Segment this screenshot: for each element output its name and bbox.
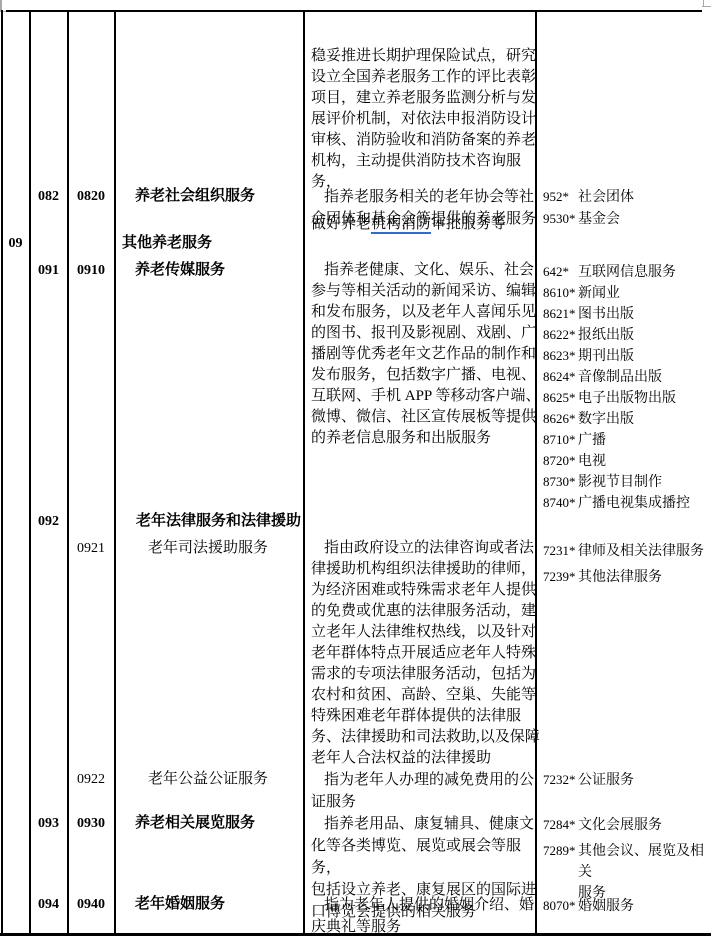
- small-class-code-0922: 0922: [68, 769, 114, 790]
- table-top-border: [6, 10, 702, 12]
- industry-ref: 952*社会团体: [543, 186, 711, 208]
- industry-ref-code: 7284*: [543, 814, 578, 835]
- industry-ref-code: 8730*: [543, 471, 578, 492]
- industry-ref: 8720*电视: [543, 450, 711, 472]
- category-name-0820: 养老社会组织服务: [135, 186, 255, 207]
- small-class-code-0930: 0930: [68, 813, 114, 834]
- industry-ref-label: 期刊出版: [578, 346, 634, 367]
- small-class-code-0910: 0910: [68, 260, 114, 281]
- column-divider-group: [29, 10, 31, 933]
- industry-ref-label: 新闻业: [578, 283, 620, 304]
- group-code: 09: [2, 233, 29, 254]
- document-page: 稳妥推进长期护理保险试点，研究 设立全国养老服务工作的评比表彰 项目，建立养老服…: [0, 0, 711, 940]
- industry-ref-label: 律师及相关法律服务: [578, 541, 704, 562]
- industry-ref: 8730*影视节目制作: [543, 471, 711, 493]
- small-class-code-0820: 0820: [68, 186, 114, 207]
- industry-ref-label: 婚姻服务: [578, 896, 634, 917]
- industry-ref: 8621*图书出版: [543, 303, 711, 325]
- industry-ref-label: 广播: [578, 430, 606, 451]
- middle-class-code-094: 094: [30, 894, 67, 915]
- continuation-paragraph: 稳妥推进长期护理保险试点，研究 设立全国养老服务工作的评比表彰 项目，建立养老服…: [311, 46, 541, 193]
- industry-ref-code: 8623*: [543, 345, 578, 366]
- industry-ref-label: 电子出版物出版: [578, 388, 676, 409]
- category-name-0940: 老年婚姻服务: [135, 894, 225, 915]
- category-name-0930: 养老相关展览服务: [135, 813, 255, 834]
- column-divider-middle-code: [67, 10, 69, 933]
- industry-ref-code: 8621*: [543, 303, 578, 324]
- industry-ref: 7232*公证服务: [543, 769, 711, 791]
- middle-class-code-082: 082: [30, 186, 67, 207]
- industry-ref-label: 报纸出版: [578, 325, 634, 346]
- industry-ref-code: 8740*: [543, 492, 578, 513]
- industry-ref-code: 7289*: [543, 840, 578, 861]
- industry-ref-code: 7231*: [543, 540, 578, 561]
- column-divider-name: [303, 10, 305, 933]
- industry-ref: 8626*数字出版: [543, 408, 711, 430]
- industry-ref: 8623*期刊出版: [543, 345, 711, 367]
- margin-corner-mark-topright-horizontal: [702, 6, 711, 8]
- industry-ref: 8625*电子出版物出版: [543, 387, 711, 409]
- group-name: 其他养老服务: [122, 233, 212, 254]
- industry-ref-label: 影视节目制作: [578, 472, 662, 493]
- industry-ref-label: 数字出版: [578, 409, 634, 430]
- middle-class-code-092: 092: [30, 511, 67, 532]
- industry-ref-code: 642*: [543, 261, 578, 282]
- industry-ref-code: 7239*: [543, 566, 578, 587]
- industry-ref-code: 8624*: [543, 366, 578, 387]
- industry-ref-code: 8720*: [543, 450, 578, 471]
- industry-ref-code: 8625*: [543, 387, 578, 408]
- column-divider-small-code: [114, 10, 116, 933]
- category-name-092: 老年法律服务和法律援助: [136, 511, 301, 532]
- industry-ref-label: 社会团体: [578, 187, 634, 208]
- industry-ref: 7284*文化会展服务: [543, 814, 711, 836]
- category-description-0820: 指养老服务相关的老年协会等社 会团体和基金会等提供的养老服务: [311, 186, 541, 230]
- industry-ref: 8710*广播: [543, 429, 711, 451]
- industry-ref: 7239*其他法律服务: [543, 566, 711, 588]
- industry-ref-label: 文化会展服务: [578, 815, 662, 836]
- industry-ref-code: 9530*: [543, 208, 578, 229]
- industry-ref: 8070*婚姻服务: [543, 895, 711, 917]
- industry-ref: 8622*报纸出版: [543, 324, 711, 346]
- industry-ref-code: 8710*: [543, 429, 578, 450]
- industry-ref-code: 7232*: [543, 769, 578, 790]
- industry-ref-label: 广播电视集成播控: [578, 493, 690, 514]
- table-left-border: [1, 10, 3, 933]
- industry-ref-label: 公证服务: [578, 770, 634, 791]
- industry-ref-label: 电视: [578, 451, 606, 472]
- industry-ref-label: 互联网信息服务: [578, 262, 676, 283]
- industry-ref: 642*互联网信息服务: [543, 261, 711, 283]
- industry-ref-code: 8626*: [543, 408, 578, 429]
- industry-ref-code: 8070*: [543, 895, 578, 916]
- category-description-0921: 指由政府设立的法律咨询或者法 律援助机构组织法律援助的律师， 为经济困难或特殊需…: [311, 538, 541, 769]
- industry-ref: 9530*基金会: [543, 208, 711, 230]
- middle-class-code-093: 093: [30, 813, 67, 834]
- category-description-0922: 指为老年人办理的减免费用的公 证服务: [311, 769, 541, 813]
- industry-ref: 8624*音像制品出版: [543, 366, 711, 388]
- category-name-0910: 养老传媒服务: [135, 260, 225, 281]
- small-class-code-0940: 0940: [68, 894, 114, 915]
- category-name-0921: 老年司法援助服务: [148, 538, 268, 559]
- industry-ref-code: 8622*: [543, 324, 578, 345]
- industry-ref: 8740*广播电视集成播控: [543, 492, 711, 514]
- industry-ref: 8610*新闻业: [543, 282, 711, 304]
- industry-ref-label: 图书出版: [578, 304, 634, 325]
- industry-ref-label: 基金会: [578, 209, 620, 230]
- category-name-0922: 老年公益公证服务: [148, 769, 268, 790]
- industry-ref-label: 音像制品出版: [578, 367, 662, 388]
- industry-ref: 7231*律师及相关法律服务: [543, 540, 711, 562]
- category-description-0940: 指为老年人提供的婚姻介绍、婚 庆典礼等服务: [311, 894, 541, 938]
- category-description-0910: 指养老健康、文化、娱乐、社会 参与等相关活动的新闻采访、编辑 和发布服务，以及老…: [311, 260, 541, 449]
- middle-class-code-091: 091: [30, 260, 67, 281]
- industry-ref-label: 其他法律服务: [578, 567, 662, 588]
- industry-ref-code: 8610*: [543, 282, 578, 303]
- industry-ref-code: 952*: [543, 186, 578, 207]
- small-class-code-0921: 0921: [68, 538, 114, 559]
